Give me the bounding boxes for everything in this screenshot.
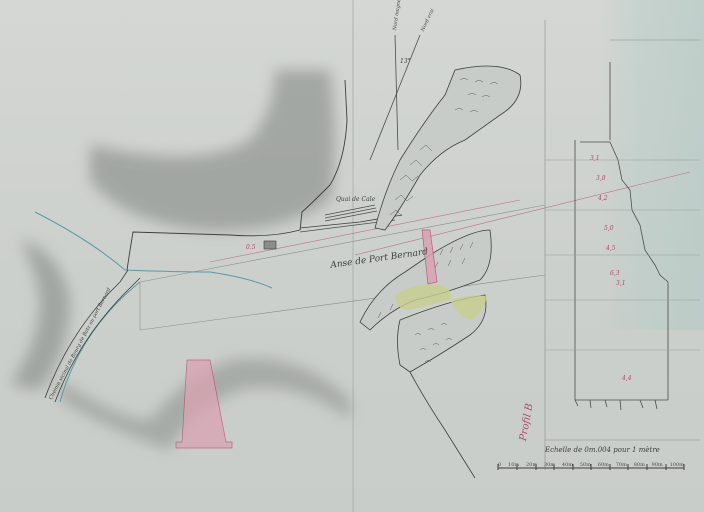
profile-annotation: 3,1 xyxy=(590,155,600,162)
small-building xyxy=(264,241,276,249)
profile-annotation: 5,0 xyxy=(604,225,614,232)
survey-lines xyxy=(140,20,700,470)
scale-tick: 70m xyxy=(616,462,627,472)
scale-tick: 40m xyxy=(562,462,573,472)
angle-label: 13° xyxy=(400,58,411,65)
cliff-shading xyxy=(10,70,350,450)
scale-tick: 60m xyxy=(598,462,609,472)
rock-outcrops xyxy=(360,66,521,372)
scale-tick: 80m xyxy=(634,462,645,472)
profile-section xyxy=(575,62,668,410)
profile-annotation: 6,3 xyxy=(610,270,620,277)
scale-tick: 30m xyxy=(544,462,555,472)
scale-tick: 100m xyxy=(670,462,684,472)
map-sheet: Anse de Port Bernard Quai de Cale Chemin… xyxy=(0,0,704,512)
quay-label: Quai de Cale xyxy=(336,196,375,203)
profile-annotation: 4,4 xyxy=(622,375,632,382)
scale-tick: 90m xyxy=(652,462,663,472)
scale-tick: 20m xyxy=(526,462,537,472)
scale-tick: 10m xyxy=(508,462,519,472)
spot-level-label: 0.5 xyxy=(246,244,256,251)
profile-annotation: 3,1 xyxy=(616,280,626,287)
profile-annotation: 4,5 xyxy=(606,245,616,252)
scale-caption: Echelle de 0m.004 pour 1 mètre xyxy=(545,446,660,454)
profile-annotation: 4,2 xyxy=(598,195,608,202)
ravine-line xyxy=(410,372,475,478)
scale-tick: 0 xyxy=(498,462,501,472)
scale-tick: 50m xyxy=(580,462,591,472)
profile-annotation: 3,8 xyxy=(596,175,606,182)
map-drawing xyxy=(0,0,704,512)
scale-tick-labels: 0 10m 20m 30m 40m 50m 60m 70m 80m 90m 10… xyxy=(498,462,684,472)
